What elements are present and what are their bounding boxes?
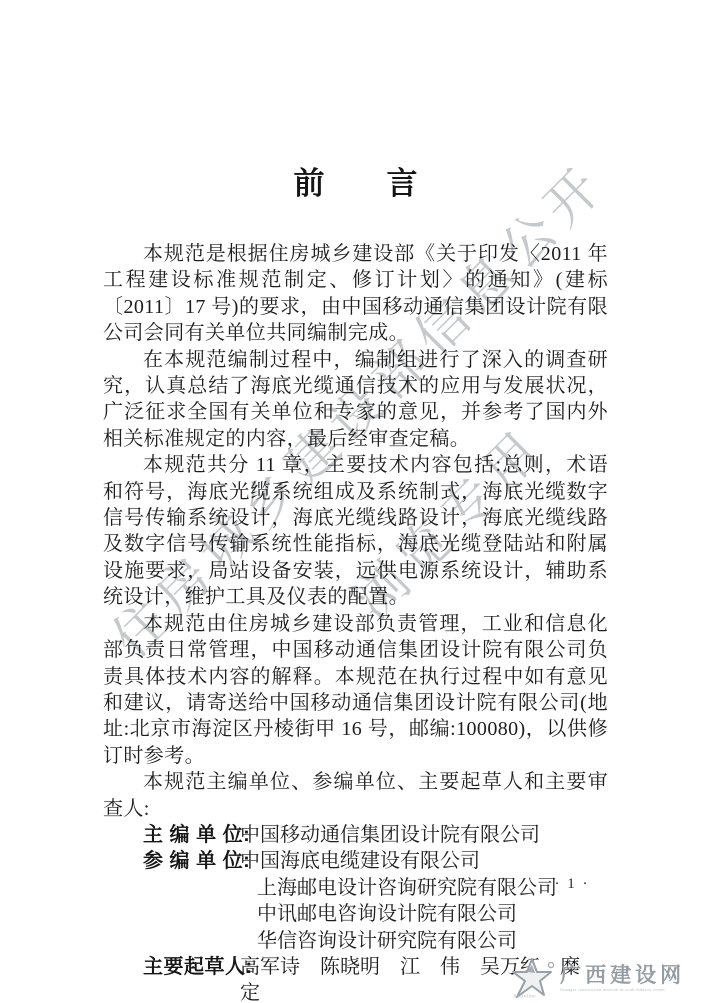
- chief-editor-org: 中国移动通信集团设计院有限公司: [240, 822, 608, 848]
- star-logo-icon: AgOnline: [509, 957, 555, 1001]
- page-title: 前 言: [103, 158, 608, 203]
- logo-tagline: Guangxi construction network in work ind…: [560, 988, 665, 992]
- logo-caption: AgOnline: [513, 994, 536, 999]
- paragraph: 本规范主编单位、参编单位、主要起草人和主要审查人:: [103, 769, 608, 822]
- chief-editor-label: 主 编 单 位:: [143, 822, 240, 848]
- chief-editor-row: 主 编 单 位: 中国移动通信集团设计院有限公司: [103, 822, 608, 848]
- document-page: 住房城乡建设部信息公开 浏览专用 前 言 本规范是根据住房城乡建设部《关于印发〈…: [0, 0, 711, 1003]
- paragraph: 在本规范编制过程中，编制组进行了深入的调查研究，认真总结了海底光缆通信技术的应用…: [103, 347, 608, 453]
- site-logo: AgOnline 广西建设网 Guangxi construction netw…: [509, 957, 706, 1001]
- co-editor-org: 中国海底电缆建设有限公司: [240, 848, 608, 874]
- paragraph: 本规范由住房城乡建设部负责管理，工业和信息化部负责日常管理，中国移动通信集团设计…: [103, 611, 608, 769]
- co-editor-label: 参 编 单 位:: [143, 848, 240, 954]
- co-editor-org: 中讯邮电咨询设计院有限公司: [240, 901, 608, 927]
- logo-name: 广西建设网: [560, 965, 706, 987]
- paragraph: 本规范是根据住房城乡建设部《关于印发〈2011 年工程建设标准规范制定、修订计划…: [103, 241, 608, 347]
- page-number: · 1 ·: [540, 876, 604, 893]
- co-editor-org: 华信咨询设计研究院有限公司: [240, 928, 608, 954]
- co-editor-row: 参 编 单 位: 中国海底电缆建设有限公司 上海邮电设计咨询研究院有限公司 中讯…: [103, 848, 608, 954]
- drafters-label: 主要起草人:: [143, 954, 240, 1003]
- body-text: 本规范是根据住房城乡建设部《关于印发〈2011 年工程建设标准规范制定、修订计划…: [103, 241, 608, 1003]
- paragraph: 本规范共分 11 章，主要技术内容包括:总则，术语和符号，海底光缆系统组成及系统…: [103, 452, 608, 610]
